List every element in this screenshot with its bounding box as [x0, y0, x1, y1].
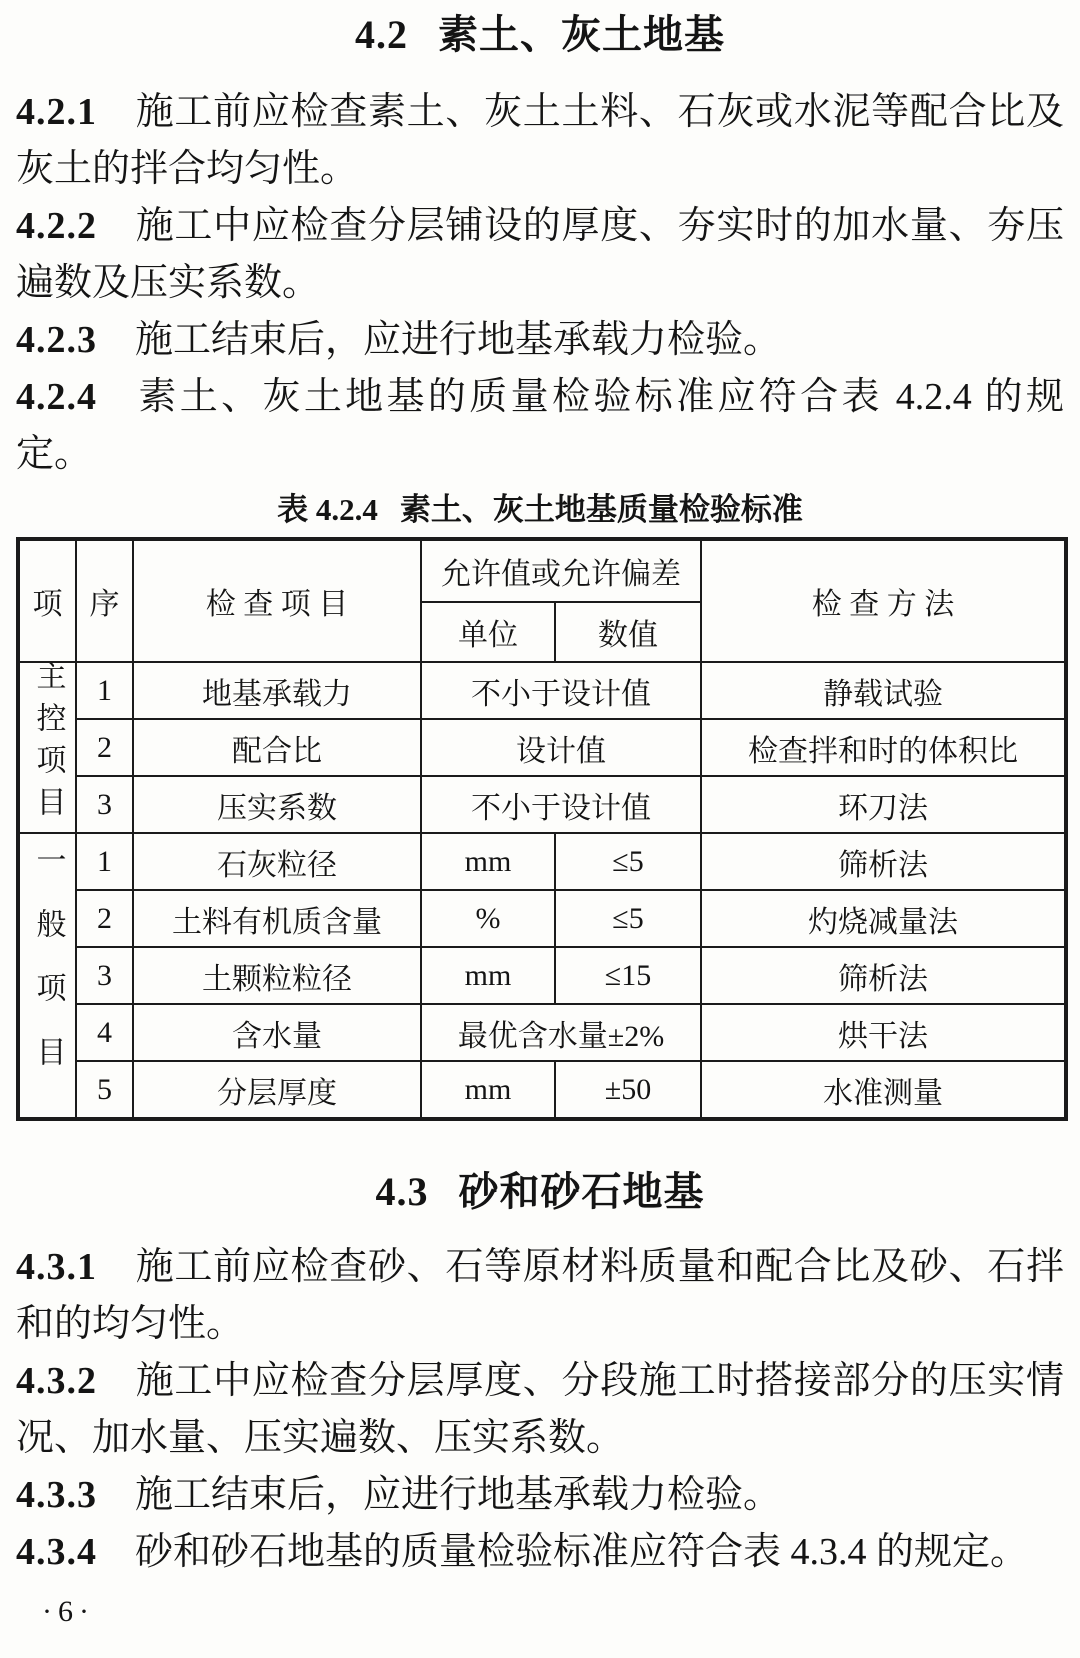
- cell-method: 静载试验: [701, 662, 1066, 719]
- clause-number: 4.3.2: [16, 1360, 97, 1402]
- cell-value: ≤5: [555, 890, 701, 947]
- table-row: 2 土料有机质含量 % ≤5 灼烧减量法: [18, 890, 1066, 947]
- cell-check-item: 含水量: [133, 1004, 421, 1061]
- cell-check-item: 地基承载力: [133, 662, 421, 719]
- quality-inspection-table: 项 序 检 查 项 目 允许值或允许偏差 检 查 方 法 单位 数值 主控项目 …: [16, 537, 1068, 1121]
- table-row: 4 含水量 最优含水量±2% 烘干法: [18, 1004, 1066, 1061]
- col-header-value: 数值: [555, 602, 701, 662]
- cell-check-item: 配合比: [133, 719, 421, 776]
- cell-seq: 5: [76, 1061, 133, 1119]
- clause-text: 施工结束后，应进行地基承载力检验。: [135, 319, 781, 361]
- col-header-item: 项: [18, 539, 76, 662]
- group-label-text: 一般项目: [26, 844, 70, 1100]
- cell-seq: 1: [76, 833, 133, 890]
- clause-text: 施工前应检查砂、石等原材料质量和配合比及砂、石拌和的均匀性。: [16, 1246, 1064, 1345]
- cell-method: 检查拌和时的体积比: [701, 719, 1066, 776]
- section-title-4-2: 4.2素土、灰土地基: [16, 10, 1064, 60]
- cell-allowed-value: 不小于设计值: [421, 662, 701, 719]
- clause-text: 施工结束后，应进行地基承载力检验。: [135, 1474, 781, 1516]
- clause-text: 砂和砂石地基的质量检验标准应符合表 4.3.4 的规定。: [135, 1531, 1028, 1573]
- cell-value: ±50: [555, 1061, 701, 1119]
- cell-method: 烘干法: [701, 1004, 1066, 1061]
- cell-method: 环刀法: [701, 776, 1066, 833]
- clause-number: 4.2.2: [16, 205, 97, 247]
- cell-value: ≤15: [555, 947, 701, 1004]
- cell-check-item: 土颗粒粒径: [133, 947, 421, 1004]
- table-row: 一般项目 1 石灰粒径 mm ≤5 筛析法: [18, 833, 1066, 890]
- group-label-general: 一般项目: [18, 833, 76, 1119]
- cell-unit: mm: [421, 1061, 555, 1119]
- cell-seq: 2: [76, 719, 133, 776]
- cell-check-item: 土料有机质含量: [133, 890, 421, 947]
- clause-number: 4.3.4: [16, 1531, 97, 1573]
- page-number: ·6·: [16, 1595, 1064, 1629]
- cell-allowed-value: 不小于设计值: [421, 776, 701, 833]
- cell-unit: mm: [421, 833, 555, 890]
- table-caption-number: 表 4.2.4: [277, 492, 378, 527]
- table-row: 5 分层厚度 mm ±50 水准测量: [18, 1061, 1066, 1119]
- table-row: 主控项目 1 地基承载力 不小于设计值 静载试验: [18, 662, 1066, 719]
- cell-seq: 3: [76, 776, 133, 833]
- clause-text: 素土、灰土地基的质量检验标准应符合表 4.2.4 的规定。: [16, 376, 1064, 475]
- clause-4-2-2: 4.2.2施工中应检查分层铺设的厚度、夯实时的加水量、夯压遍数及压实系数。: [16, 198, 1064, 312]
- cell-method: 筛析法: [701, 833, 1066, 890]
- table-caption-text: 素土、灰土地基质量检验标准: [400, 492, 803, 527]
- cell-unit: %: [421, 890, 555, 947]
- cell-check-item: 石灰粒径: [133, 833, 421, 890]
- clause-4-3-3: 4.3.3施工结束后，应进行地基承载力检验。: [16, 1467, 1064, 1524]
- clause-number: 4.3.1: [16, 1246, 97, 1288]
- group-label-main-control: 主控项目: [18, 662, 76, 833]
- clause-number: 4.2.3: [16, 319, 97, 361]
- clause-number: 4.3.3: [16, 1474, 97, 1516]
- cell-unit: mm: [421, 947, 555, 1004]
- clause-text: 施工中应检查分层铺设的厚度、夯实时的加水量、夯压遍数及压实系数。: [16, 205, 1064, 304]
- cell-seq: 4: [76, 1004, 133, 1061]
- cell-check-item: 压实系数: [133, 776, 421, 833]
- cell-method: 水准测量: [701, 1061, 1066, 1119]
- table-row: 3 土颗粒粒径 mm ≤15 筛析法: [18, 947, 1066, 1004]
- col-header-check-item: 检 查 项 目: [133, 539, 421, 662]
- clause-4-3-2: 4.3.2施工中应检查分层厚度、分段施工时搭接部分的压实情况、加水量、压实遍数、…: [16, 1353, 1064, 1467]
- cell-value: ≤5: [555, 833, 701, 890]
- col-header-allowed-value: 允许值或允许偏差: [421, 539, 701, 602]
- cell-check-item: 分层厚度: [133, 1061, 421, 1119]
- cell-seq: 2: [76, 890, 133, 947]
- clause-number: 4.2.1: [16, 91, 97, 133]
- clause-4-3-4: 4.3.4砂和砂石地基的质量检验标准应符合表 4.3.4 的规定。: [16, 1524, 1064, 1581]
- section-number: 4.3: [376, 1169, 429, 1214]
- clause-text: 施工前应检查素土、灰土土料、石灰或水泥等配合比及灰土的拌合均匀性。: [16, 91, 1064, 190]
- clause-text: 施工中应检查分层厚度、分段施工时搭接部分的压实情况、加水量、压实遍数、压实系数。: [16, 1360, 1064, 1459]
- table-row: 3 压实系数 不小于设计值 环刀法: [18, 776, 1066, 833]
- clause-4-2-1: 4.2.1施工前应检查素土、灰土土料、石灰或水泥等配合比及灰土的拌合均匀性。: [16, 84, 1064, 198]
- cell-allowed-value: 设计值: [421, 719, 701, 776]
- group-label-text: 主控项目: [26, 662, 70, 828]
- section-number: 4.2: [355, 12, 408, 57]
- clause-4-2-4: 4.2.4素土、灰土地基的质量检验标准应符合表 4.2.4 的规定。: [16, 369, 1064, 483]
- document-page: 4.2素土、灰土地基 4.2.1施工前应检查素土、灰土土料、石灰或水泥等配合比及…: [0, 0, 1080, 1629]
- cell-seq: 1: [76, 662, 133, 719]
- cell-method: 筛析法: [701, 947, 1066, 1004]
- section-title-text: 砂和砂石地基: [459, 1169, 705, 1214]
- clause-number: 4.2.4: [16, 376, 97, 418]
- clause-4-2-3: 4.2.3施工结束后，应进行地基承载力检验。: [16, 312, 1064, 369]
- section-title-text: 素土、灰土地基: [438, 12, 725, 57]
- cell-method: 灼烧减量法: [701, 890, 1066, 947]
- col-header-seq: 序: [76, 539, 133, 662]
- col-header-unit: 单位: [421, 602, 555, 662]
- table-caption: 表 4.2.4素土、灰土地基质量检验标准: [16, 487, 1064, 533]
- cell-allowed-value: 最优含水量±2%: [421, 1004, 701, 1061]
- section-title-4-3: 4.3砂和砂石地基: [16, 1167, 1064, 1217]
- table-row: 2 配合比 设计值 检查拌和时的体积比: [18, 719, 1066, 776]
- col-header-method: 检 查 方 法: [701, 539, 1066, 662]
- cell-seq: 3: [76, 947, 133, 1004]
- clause-4-3-1: 4.3.1施工前应检查砂、石等原材料质量和配合比及砂、石拌和的均匀性。: [16, 1239, 1064, 1353]
